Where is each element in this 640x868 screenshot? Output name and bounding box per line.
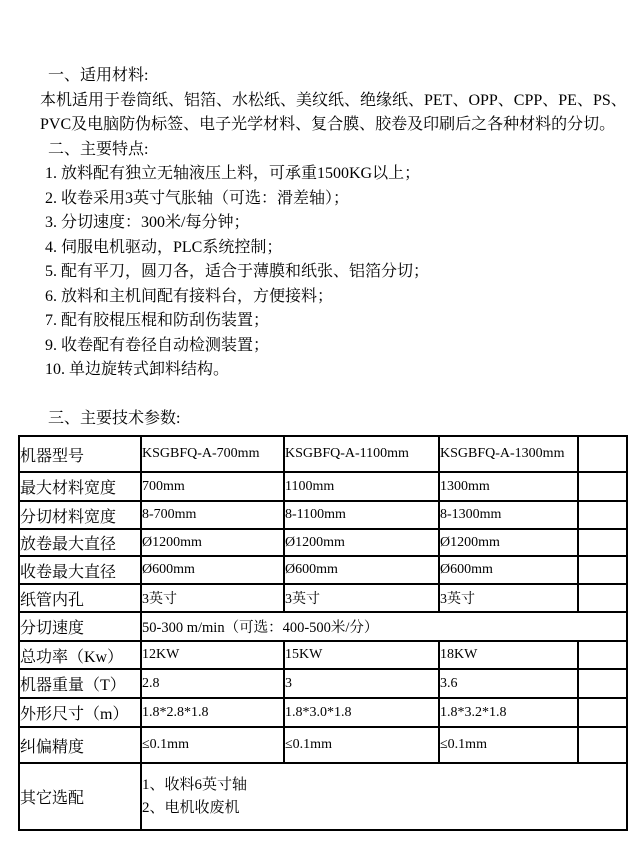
feature-item: 4. 伺服电机驱动，PLC系统控制； bbox=[40, 236, 614, 261]
model-header-cell: KSGBFQ-A-1100mm bbox=[284, 436, 439, 472]
spec-value-cell: 1.8*3.2*1.8 bbox=[439, 698, 578, 727]
spec-value-cell: Ø600mm bbox=[141, 556, 284, 584]
materials-paragraph-line: PVC及电脑防伪标签、电子光学材料、复合膜、胶卷及印刷后之各种材料的分切。 bbox=[40, 113, 614, 138]
feature-item: 7. 配有胶棍压棍和防刮伤装置； bbox=[40, 309, 614, 334]
table-row: 放卷最大直径 Ø1200mm Ø1200mm Ø1200mm bbox=[19, 529, 627, 556]
spec-value-cell: Ø600mm bbox=[439, 556, 578, 584]
empty-cell bbox=[578, 556, 627, 584]
spec-value-cell: 8-700mm bbox=[141, 501, 284, 529]
model-header-cell: KSGBFQ-A-1300mm bbox=[439, 436, 578, 472]
empty-cell bbox=[578, 472, 627, 501]
spec-value-cell: 1.8*3.0*1.8 bbox=[284, 698, 439, 727]
spec-value-cell: Ø1200mm bbox=[284, 529, 439, 556]
table-row: 分切材料宽度 8-700mm 8-1100mm 8-1300mm bbox=[19, 501, 627, 529]
empty-cell bbox=[578, 727, 627, 763]
feature-item: 3. 分切速度：300米/每分钟； bbox=[40, 211, 614, 236]
feature-item: 5. 配有平刀，圆刀各，适合于薄膜和纸张、铝箔分切； bbox=[40, 260, 614, 285]
spec-value-cell: 3英寸 bbox=[439, 584, 578, 612]
merged-value-cell: 1、收料6英寸轴 2、电机收废机 bbox=[141, 763, 627, 830]
spec-label-cell: 收卷最大直径 bbox=[19, 556, 141, 584]
spec-label-cell: 总功率（Kw） bbox=[19, 641, 141, 669]
model-header-cell: KSGBFQ-A-700mm bbox=[141, 436, 284, 472]
spec-label-cell: 最大材料宽度 bbox=[19, 472, 141, 501]
empty-cell bbox=[578, 641, 627, 669]
spec-label-cell: 放卷最大直径 bbox=[19, 529, 141, 556]
blank-line bbox=[40, 383, 614, 408]
table-row: 总功率（Kw） 12KW 15KW 18KW bbox=[19, 641, 627, 669]
empty-cell bbox=[578, 584, 627, 612]
feature-item: 6. 放料和主机间配有接料台，方便接料； bbox=[40, 285, 614, 310]
spec-label-cell: 分切速度 bbox=[19, 612, 141, 641]
spec-value-cell: 1300mm bbox=[439, 472, 578, 501]
spec-value-cell: 2.8 bbox=[141, 669, 284, 698]
spec-value-cell: 12KW bbox=[141, 641, 284, 669]
table-row: 外形尺寸（m） 1.8*2.8*1.8 1.8*3.0*1.8 1.8*3.2*… bbox=[19, 698, 627, 727]
spec-value-cell: 3 bbox=[284, 669, 439, 698]
spec-value-cell: 1100mm bbox=[284, 472, 439, 501]
spec-value-cell: 18KW bbox=[439, 641, 578, 669]
spec-value-cell: 3.6 bbox=[439, 669, 578, 698]
empty-cell bbox=[578, 529, 627, 556]
spec-label-cell: 分切材料宽度 bbox=[19, 501, 141, 529]
spec-value-cell: 8-1300mm bbox=[439, 501, 578, 529]
spec-label-cell: 纸管内孔 bbox=[19, 584, 141, 612]
table-row: 分切速度 50-300 m/min（可选：400-500米/分） bbox=[19, 612, 627, 641]
spec-value-cell: ≤0.1mm bbox=[284, 727, 439, 763]
feature-item: 10. 单边旋转式卸料结构。 bbox=[40, 358, 614, 383]
table-row: 其它选配 1、收料6英寸轴 2、电机收废机 bbox=[19, 763, 627, 830]
section-heading-specs: 三、主要技术参数: bbox=[40, 407, 614, 432]
section-heading-features: 二、主要特点: bbox=[40, 138, 614, 163]
merged-value-cell: 50-300 m/min（可选：400-500米/分） bbox=[141, 612, 627, 641]
spec-value-cell: Ø1200mm bbox=[439, 529, 578, 556]
empty-cell bbox=[578, 669, 627, 698]
spec-label-cell: 机器重量（T） bbox=[19, 669, 141, 698]
feature-item: 9. 收卷配有卷径自动检测装置； bbox=[40, 334, 614, 359]
table-row: 纠偏精度 ≤0.1mm ≤0.1mm ≤0.1mm bbox=[19, 727, 627, 763]
spec-value-cell: Ø1200mm bbox=[141, 529, 284, 556]
specs-table: 机器型号 KSGBFQ-A-700mm KSGBFQ-A-1100mm KSGB… bbox=[18, 435, 628, 831]
spec-label-cell: 纠偏精度 bbox=[19, 727, 141, 763]
table-row: 机器重量（T） 2.8 3 3.6 bbox=[19, 669, 627, 698]
document-text-block: 一、适用材料: 本机适用于卷筒纸、铝箔、水松纸、美纹纸、绝缘纸、PET、OPP、… bbox=[40, 64, 614, 432]
spec-value-cell: Ø600mm bbox=[284, 556, 439, 584]
spec-value-cell: ≤0.1mm bbox=[141, 727, 284, 763]
empty-cell bbox=[578, 501, 627, 529]
table-row: 机器型号 KSGBFQ-A-700mm KSGBFQ-A-1100mm KSGB… bbox=[19, 436, 627, 472]
spec-label-cell: 机器型号 bbox=[19, 436, 141, 472]
table-row: 最大材料宽度 700mm 1100mm 1300mm bbox=[19, 472, 627, 501]
spec-value-cell: 1.8*2.8*1.8 bbox=[141, 698, 284, 727]
option-line: 1、收料6英寸轴 bbox=[142, 774, 626, 797]
spec-value-cell: 3英寸 bbox=[284, 584, 439, 612]
materials-paragraph-line: 本机适用于卷筒纸、铝箔、水松纸、美纹纸、绝缘纸、PET、OPP、CPP、PE、P… bbox=[40, 89, 614, 114]
section-heading-materials: 一、适用材料: bbox=[40, 64, 614, 89]
spec-label-cell: 其它选配 bbox=[19, 763, 141, 830]
feature-item: 1. 放料配有独立无轴液压上料，可承重1500KG以上； bbox=[40, 162, 614, 187]
empty-cell bbox=[578, 436, 627, 472]
table-row: 收卷最大直径 Ø600mm Ø600mm Ø600mm bbox=[19, 556, 627, 584]
option-line: 2、电机收废机 bbox=[142, 797, 626, 820]
empty-cell bbox=[578, 698, 627, 727]
spec-value-cell: 3英寸 bbox=[141, 584, 284, 612]
spec-label-cell: 外形尺寸（m） bbox=[19, 698, 141, 727]
spec-value-cell: 700mm bbox=[141, 472, 284, 501]
spec-value-cell: ≤0.1mm bbox=[439, 727, 578, 763]
spec-value-cell: 8-1100mm bbox=[284, 501, 439, 529]
table-row: 纸管内孔 3英寸 3英寸 3英寸 bbox=[19, 584, 627, 612]
spec-value-cell: 15KW bbox=[284, 641, 439, 669]
document-page: 一、适用材料: 本机适用于卷筒纸、铝箔、水松纸、美纹纸、绝缘纸、PET、OPP、… bbox=[0, 0, 640, 868]
feature-item: 2. 收卷采用3英寸气胀轴（可选：滑差轴）； bbox=[40, 187, 614, 212]
